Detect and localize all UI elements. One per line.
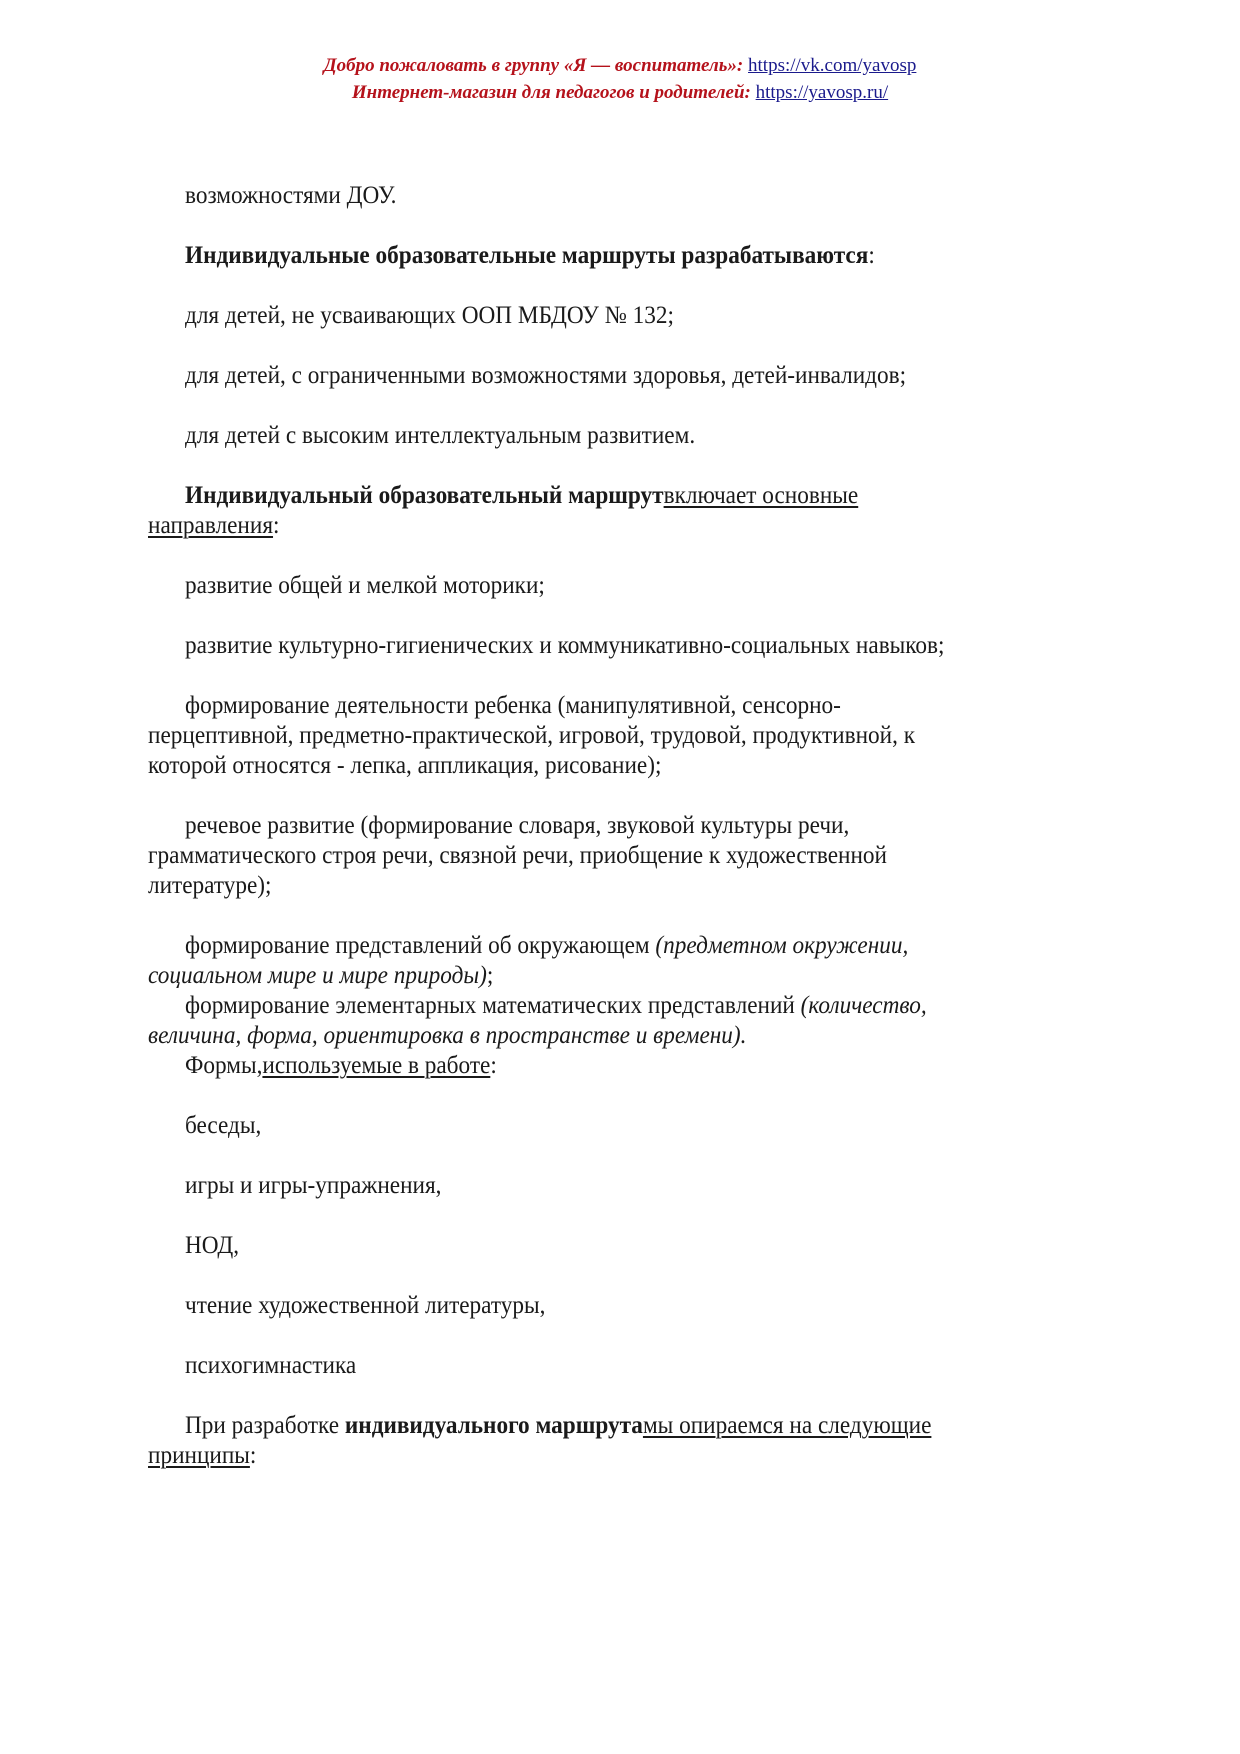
bold-text: Индивидуальные образовательные маршруты … bbox=[185, 242, 868, 269]
direction-item-cont: грамматического строя речи, связной речи… bbox=[148, 839, 887, 873]
bold-text: индивидуального маршрута bbox=[345, 1412, 643, 1439]
list-item: для детей с высоким интеллектуальным раз… bbox=[185, 419, 695, 453]
shop-link[interactable]: https://yavosp.ru/ bbox=[756, 82, 888, 103]
header-line-1: Добро пожаловать в группу «Я — воспитате… bbox=[0, 52, 1240, 79]
direction-item: развитие общей и мелкой моторики; bbox=[185, 569, 545, 603]
header-line-2: Интернет-магазин для педагогов и родител… bbox=[0, 79, 1240, 106]
direction-item: формирование представлений об окружающем… bbox=[185, 929, 908, 963]
italic-text: социальном мире и мире природы) bbox=[148, 962, 487, 989]
punct: : bbox=[868, 242, 874, 269]
principles-heading: При разработке индивидуального маршрутам… bbox=[185, 1409, 931, 1443]
direction-item: развитие культурно-гигиенических и комму… bbox=[185, 629, 944, 663]
heading-route-includes-cont: направления: bbox=[148, 509, 279, 543]
punct: : bbox=[273, 512, 279, 539]
forms-heading: Формы,используемые в работе: bbox=[185, 1049, 497, 1083]
italic-text: (предметном окружении, bbox=[655, 932, 908, 959]
direction-item: речевое развитие (формирование словаря, … bbox=[185, 809, 849, 843]
form-item: чтение художественной литературы, bbox=[185, 1289, 545, 1323]
list-item: для детей, с ограниченными возможностями… bbox=[185, 359, 906, 393]
principles-heading-cont: принципы: bbox=[148, 1439, 256, 1473]
underlined-text: принципы bbox=[148, 1442, 250, 1469]
direction-item: формирование деятельности ребенка (манип… bbox=[185, 689, 841, 723]
group-invite-text: Добро пожаловать в группу «Я — воспитате… bbox=[324, 55, 744, 76]
direction-item-cont: перцептивной, предметно-практической, иг… bbox=[148, 719, 915, 753]
direction-item-cont: литературе); bbox=[148, 869, 272, 903]
list-item: для детей, не усваивающих ООП МБДОУ № 13… bbox=[185, 299, 674, 333]
form-item: психогимнастика bbox=[185, 1349, 356, 1383]
underlined-text: мы опираемся на следующие bbox=[643, 1412, 931, 1439]
italic-text: величина, форма, ориентировка в простран… bbox=[148, 1022, 746, 1049]
punct: : bbox=[250, 1442, 256, 1469]
punct: ; bbox=[487, 962, 493, 989]
page-header: Добро пожаловать в группу «Я — воспитате… bbox=[0, 52, 1240, 106]
direction-item-cont: которой относятся - лепка, аппликация, р… bbox=[148, 749, 661, 783]
underlined-text: используемые в работе bbox=[262, 1052, 490, 1079]
direction-item-cont: величина, форма, ориентировка в простран… bbox=[148, 1019, 746, 1053]
bold-text: Индивидуальный образовательный маршрут bbox=[185, 482, 664, 509]
paragraph-continuation: возможностями ДОУ. bbox=[185, 179, 396, 213]
form-item: НОД, bbox=[185, 1229, 239, 1263]
heading-route-includes: Индивидуальный образовательный маршрутвк… bbox=[185, 479, 858, 513]
vk-link[interactable]: https://vk.com/yavosp bbox=[748, 55, 916, 76]
direction-item: формирование элементарных математических… bbox=[185, 989, 927, 1023]
form-item: беседы, bbox=[185, 1109, 261, 1143]
text: формирование элементарных математических… bbox=[185, 992, 801, 1019]
underlined-text: направления bbox=[148, 512, 273, 539]
text: Формы, bbox=[185, 1052, 262, 1079]
heading-routes-developed: Индивидуальные образовательные маршруты … bbox=[185, 239, 875, 273]
text: При разработке bbox=[185, 1412, 345, 1439]
punct: : bbox=[490, 1052, 496, 1079]
underlined-text: включает основные bbox=[664, 482, 859, 509]
italic-text: (количество, bbox=[801, 992, 927, 1019]
shop-text: Интернет-магазин для педагогов и родител… bbox=[352, 82, 751, 103]
form-item: игры и игры-упражнения, bbox=[185, 1169, 441, 1203]
direction-item-cont: социальном мире и мире природы); bbox=[148, 959, 493, 993]
text: формирование представлений об окружающем bbox=[185, 932, 655, 959]
